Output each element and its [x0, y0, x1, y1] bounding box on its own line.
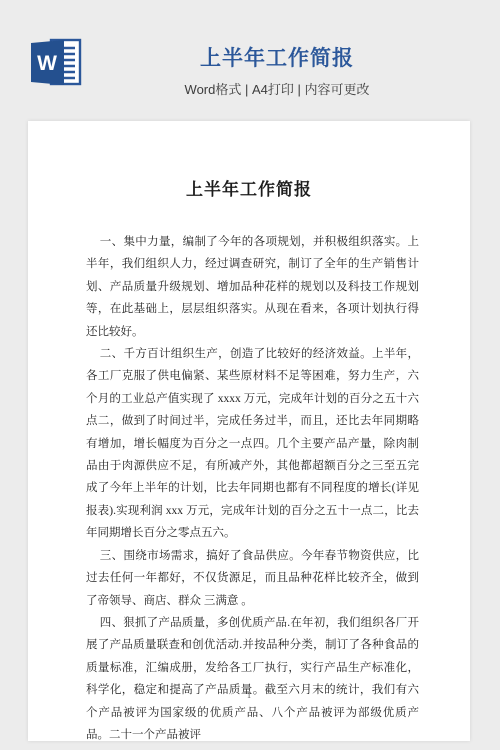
preview-header: W 上半年工作简报 Word格式 | A4打印 | 内容可更改 [0, 0, 500, 121]
paragraph-4: 四、狠抓了产品质量，多创优质产品.在年初，我们组织各厂开展了产品质量联查和创优活… [86, 612, 419, 746]
word-icon: W [28, 37, 83, 88]
paragraph-2: 二、千方百计组织生产，创造了比较好的经济效益。上半年，各工厂克服了供电偏紧、某些… [86, 343, 419, 545]
template-title: 上半年工作简报 [185, 42, 370, 72]
page-number: 1 [28, 691, 470, 700]
paragraph-1: 一、集中力量，编制了今年的各项规划，并积极组织落实。上半年，我们组织人力，经过调… [86, 231, 419, 343]
document-title: 上半年工作简报 [28, 121, 470, 200]
document-body: 一、集中力量，编制了今年的各项规划，并积极组织落实。上半年，我们组织人力，经过调… [28, 231, 470, 746]
header-text-block: 上半年工作简报 Word格式 | A4打印 | 内容可更改 [185, 42, 370, 98]
paragraph-3: 三、围绕市场需求，搞好了食品供应。今年春节物资供应，比过去任何一年都好，不仅货源… [86, 545, 419, 612]
template-subtitle: Word格式 | A4打印 | 内容可更改 [185, 79, 370, 98]
document-page[interactable]: 上半年工作简报 一、集中力量，编制了今年的各项规划，并积极组织落实。上半年，我们… [28, 121, 470, 741]
word-icon-letter: W [37, 52, 57, 75]
